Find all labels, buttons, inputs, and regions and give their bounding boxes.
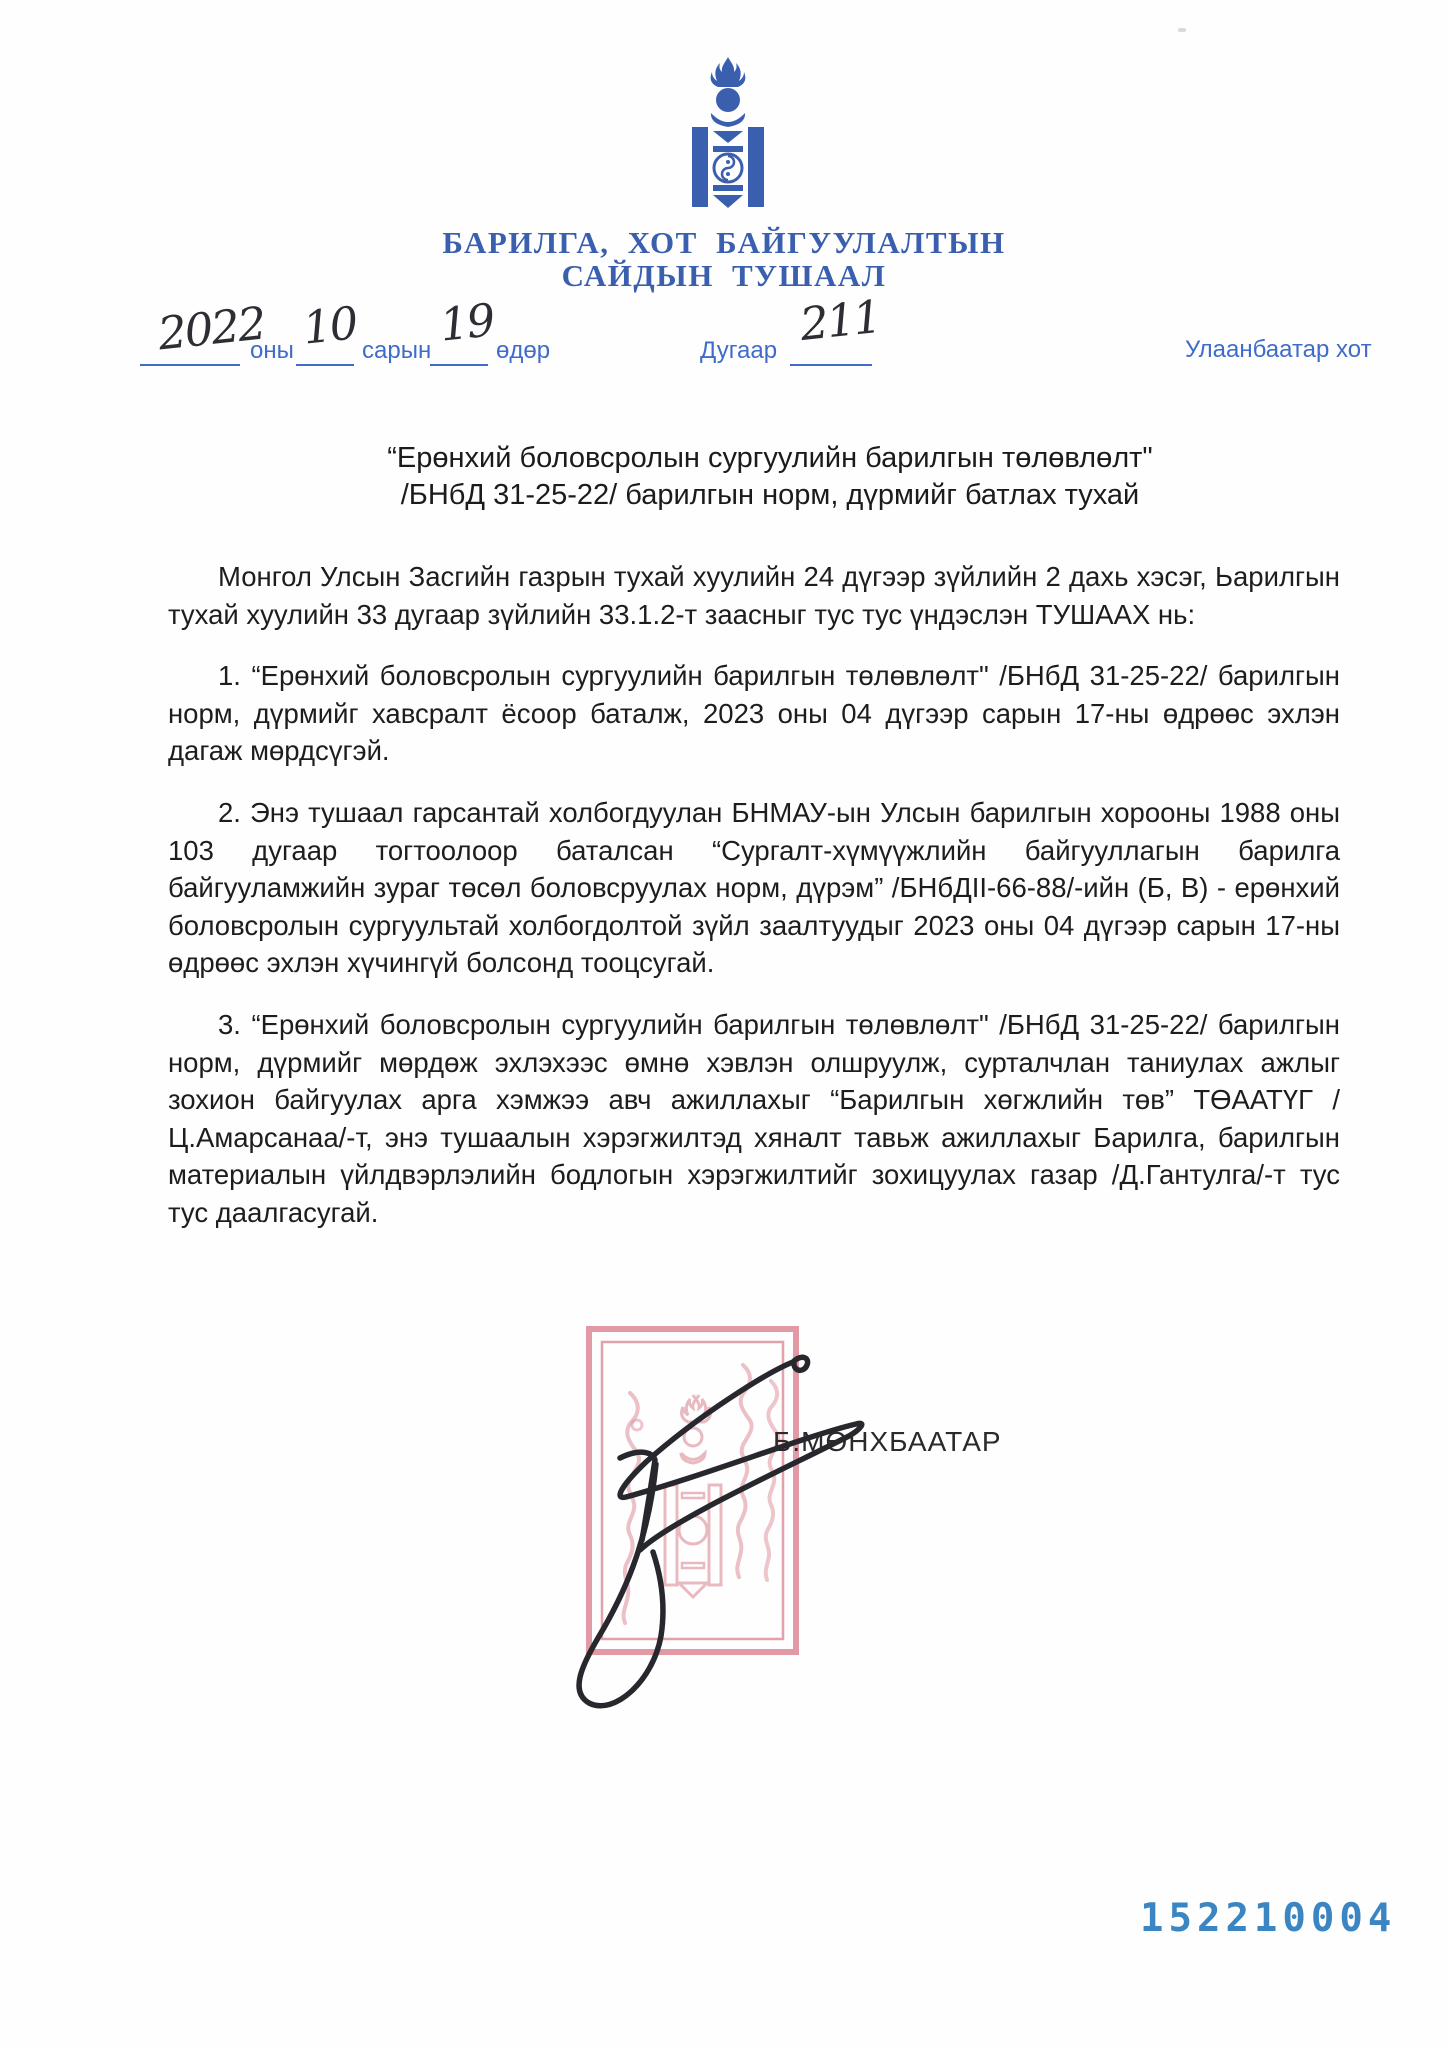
decree-body: Монгол Улсын Засгийн газрын тухай хуулий… (168, 558, 1340, 1256)
upper-triangle (713, 131, 743, 143)
lower-triangle (713, 195, 743, 208)
decree-title-line2: /БНбД 31-25-22/ барилгын норм, дүрмийг б… (330, 477, 1210, 514)
handwritten-signature-icon (550, 1340, 870, 1720)
letterhead: БАРИЛГА, ХОТ БАЙГУУЛАЛТЫН САЙДЫН ТУШААЛ (0, 226, 1448, 292)
upper-rect (713, 146, 743, 152)
city-label: Улаанбаатар хот (1185, 336, 1372, 364)
year-label: оны (250, 337, 294, 365)
soyombo-emblem-icon (691, 56, 765, 210)
paragraph-item-2: 2. Энэ тушаал гарсантай холбогдуулан БНМ… (168, 794, 1340, 982)
decree-title-line1: “Ерөнхий боловсролын сургуулийн барилгын… (330, 440, 1210, 477)
scanned-decree-page: БАРИЛГА, ХОТ БАЙГУУЛАЛТЫН САЙДЫН ТУШААЛ … (0, 0, 1448, 2048)
signature-descender (579, 1464, 663, 1706)
registration-number-stamp: 152210004 (1140, 1896, 1396, 1941)
yinyang-dot-bottom (726, 172, 730, 176)
left-bar (692, 127, 708, 207)
signatory-name: Б.МӨНХБААТАР (773, 1426, 1002, 1458)
scan-speck (1178, 28, 1186, 32)
right-bar (748, 127, 764, 207)
moon-shape (711, 113, 745, 127)
number-label: Дугаар (700, 337, 777, 365)
month-underline (296, 364, 354, 366)
handwritten-number: 211 (798, 294, 882, 347)
lower-rect (713, 185, 743, 191)
paragraph-preamble: Монгол Улсын Засгийн газрын тухай хуулий… (168, 558, 1340, 633)
yinyang-dot-top (726, 160, 730, 164)
number-underline (790, 364, 872, 366)
handwritten-day: 19 (438, 297, 496, 347)
paragraph-item-3: 3. “Ерөнхий боловсролын сургуулийн барил… (168, 1006, 1340, 1232)
handwritten-month: 10 (301, 300, 359, 350)
ministry-name-line2: САЙДЫН ТУШААЛ (0, 259, 1448, 292)
day-underline (430, 364, 488, 366)
yinyang-curve (722, 156, 734, 180)
decree-title: “Ерөнхий боловсролын сургуулийн барилгын… (330, 440, 1210, 514)
paragraph-item-1: 1. “Ерөнхий боловсролын сургуулийн барил… (168, 657, 1340, 770)
day-label: өдөр (496, 337, 550, 365)
sun-shape (716, 88, 740, 112)
ministry-name-line1: БАРИЛГА, ХОТ БАЙГУУЛАЛТЫН (0, 226, 1448, 259)
flame-shape (711, 57, 746, 87)
month-label: сарын (362, 337, 431, 365)
year-underline (140, 364, 240, 366)
